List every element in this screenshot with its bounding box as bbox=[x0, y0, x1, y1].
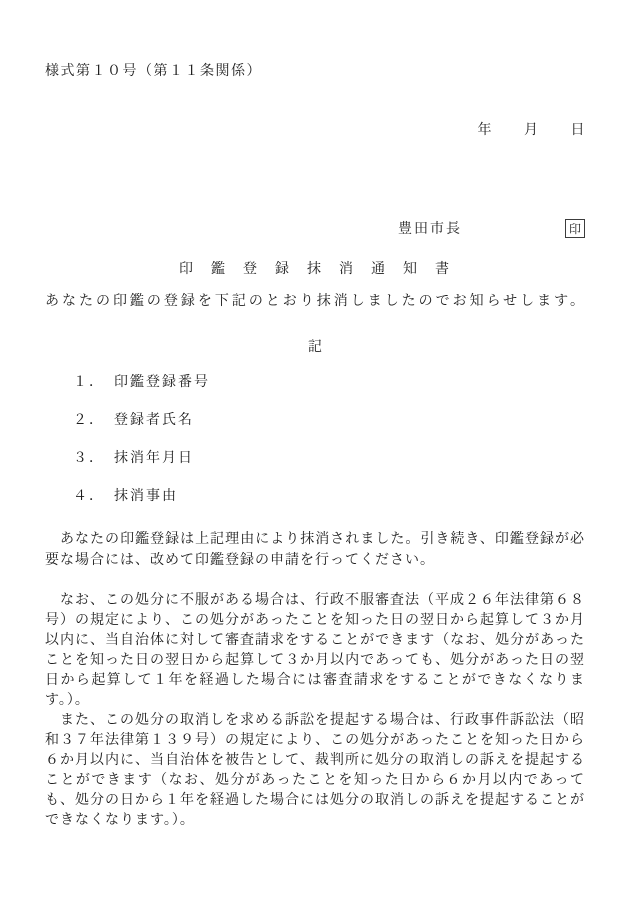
form-number-label: 様式第１０号（第１１条関係） bbox=[45, 63, 262, 79]
seal-box: 印 bbox=[565, 219, 585, 238]
list-item-cancellation-reason: ４． 抹消事由 bbox=[73, 488, 178, 504]
addressee-mayor-label: 豊田市長 bbox=[398, 221, 462, 237]
seal-mark: 印 bbox=[569, 223, 581, 235]
legal-notice-block: なお、この処分に不服がある場合は、行政不服審査法（平成２６年法律第６８号）の規定… bbox=[45, 590, 585, 830]
list-item-registration-number: １． 印鑑登録番号 bbox=[73, 374, 210, 390]
document-page: 様式第１０号（第１１条関係） 年 月 日 豊田市長 印 印 鑑 登 録 抹 消 … bbox=[0, 0, 630, 903]
list-item-registrant-name: ２． 登録者氏名 bbox=[73, 412, 194, 428]
issue-date-line: 年 月 日 bbox=[478, 122, 587, 138]
list-item-cancellation-date: ３． 抹消年月日 bbox=[73, 450, 194, 466]
record-marker: 記 bbox=[0, 337, 630, 357]
intro-sentence: あなたの印鑑の登録を下記のとおり抹消しましたのでお知らせします。 bbox=[45, 291, 585, 311]
paragraph-reapply-note: あなたの印鑑登録は上記理由により抹消されました。引き続き、印鑑登録が必要な場合に… bbox=[45, 529, 585, 571]
paragraph-lawsuit-notice: また、この処分の取消しを求める訴訟を提起する場合は、行政事件訴訟法（昭和３７年法… bbox=[45, 710, 585, 830]
paragraph-appeal-notice: なお、この処分に不服がある場合は、行政不服審査法（平成２６年法律第６８号）の規定… bbox=[45, 590, 585, 710]
document-title: 印 鑑 登 録 抹 消 通 知 書 bbox=[0, 259, 630, 279]
